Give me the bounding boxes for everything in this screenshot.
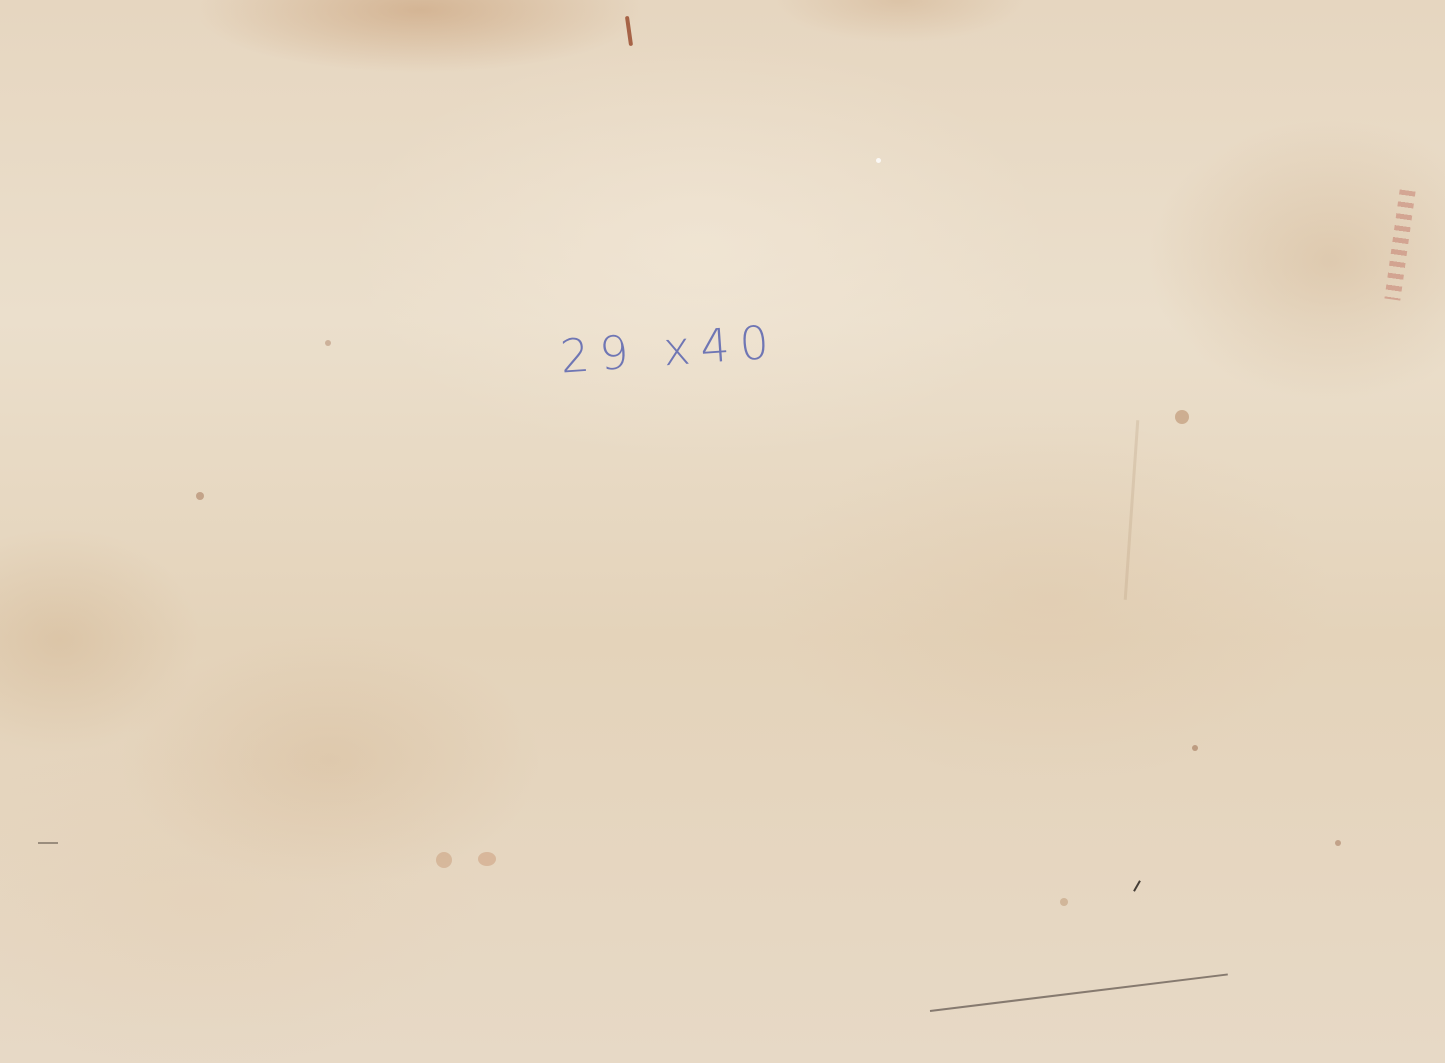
stain-spot (1192, 745, 1198, 751)
edge-dash (38, 842, 58, 844)
stain-spot (478, 852, 496, 866)
red-speckle (1384, 189, 1415, 300)
crease-line (1124, 420, 1140, 600)
stain-spot (1060, 898, 1068, 906)
rust-mark (625, 16, 633, 46)
stain-spot (196, 492, 204, 500)
stain-spot (1175, 410, 1189, 424)
pencil-line (930, 973, 1228, 1012)
stain-spot (436, 852, 452, 868)
stain-spot (876, 158, 881, 163)
handwritten-dimensions: 29 x40 (558, 314, 780, 383)
pencil-tick (1133, 880, 1141, 891)
stain-spot (1335, 840, 1341, 846)
aged-paper: 29 x40 (0, 0, 1445, 1063)
stain-spot (325, 340, 331, 346)
